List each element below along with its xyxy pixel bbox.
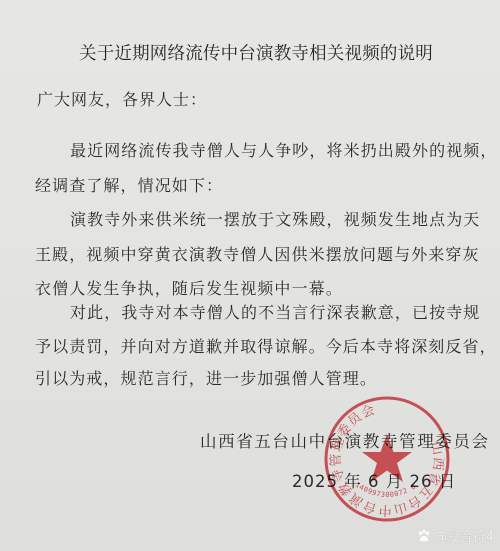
body-line: 经调查了解，情况如下： bbox=[35, 173, 223, 196]
body-line: 演教寺外来供米统一摆放于文殊殿，视频发生地点为天 bbox=[70, 207, 480, 230]
body-line: 对此，我寺对本寺僧人的不当言行深表歉意，已按寺规 bbox=[70, 300, 480, 323]
salutation: 广大网友，各界人士： bbox=[37, 87, 207, 110]
watermark-text: @爱音符4 bbox=[434, 526, 494, 545]
document-title: 关于近期网络流传中台演教寺相关视频的说明 bbox=[0, 40, 500, 65]
body-line: 予以责罚，并向对方道歉并取得谅解。今后本寺将深刻反省， bbox=[35, 334, 497, 357]
body-line: 引以为戒，规范言行，进一步加强僧人管理。 bbox=[35, 366, 377, 389]
body-line: 王殿，视频中穿黄衣演教寺僧人因供米摆放问题与外来穿灰 bbox=[35, 242, 480, 265]
document-page: 关于近期网络流传中台演教寺相关视频的说明 广大网友，各界人士： 最近网络流传我寺… bbox=[0, 0, 500, 551]
star-icon bbox=[362, 434, 412, 482]
body-line: 衣僧人发生争执，随后发生视频中一幕。 bbox=[35, 276, 343, 299]
baidu-paw-icon bbox=[417, 529, 431, 543]
watermark: @爱音符4 bbox=[417, 526, 494, 545]
body-line: 最近网络流传我寺僧人与人争吵，将米扔出殿外的视频， bbox=[70, 138, 498, 161]
official-seal: 山西省五台山中台演教寺管理委员会 140997300072 0 bbox=[322, 394, 452, 524]
